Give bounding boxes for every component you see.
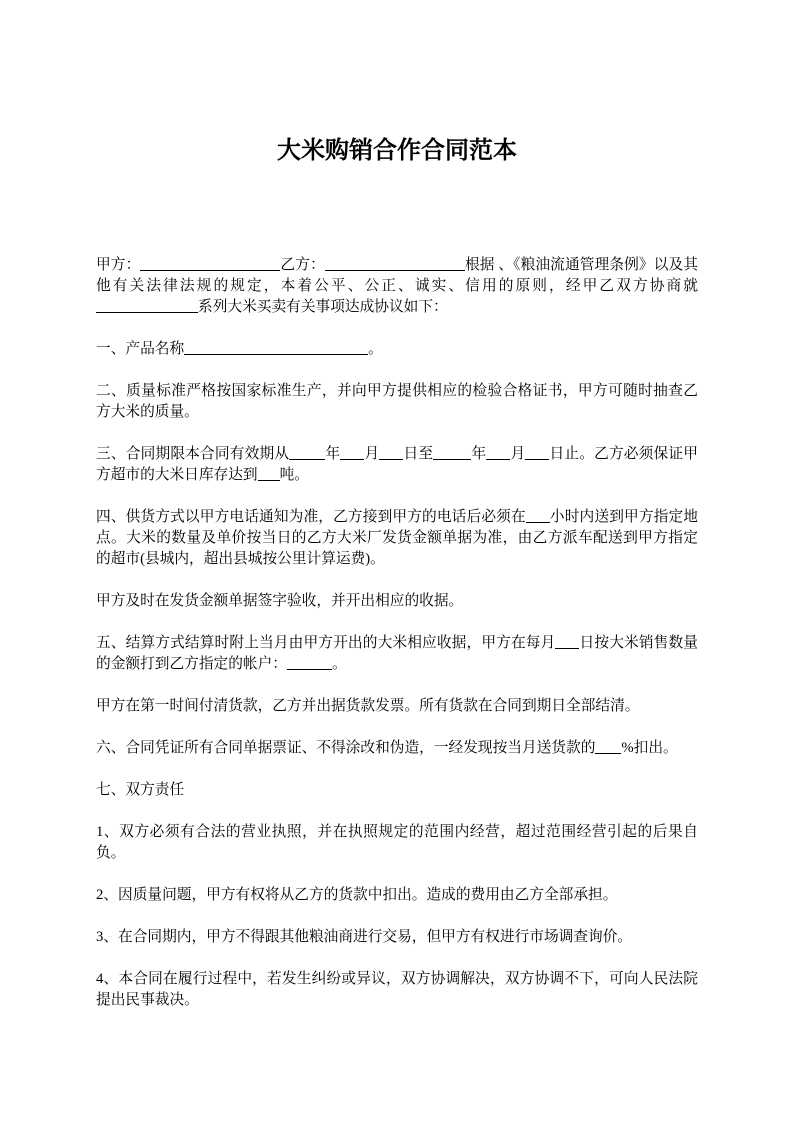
text-run: 系列大米买卖有关事项达成协议如下： (198, 299, 448, 315)
blank-underline (379, 446, 403, 460)
contract-page: 大米购销合作合同范本 甲方：乙方：根据 、《粮油流通管理条例》以及其他有关法律法… (0, 0, 793, 1122)
text-run: 甲方及时在发货金额单据签字验收，并开出相应的收据。 (96, 593, 463, 609)
blank-underline (486, 446, 510, 460)
paragraph: 四、供货方式以甲方电话通知为准，乙方接到甲方的电话后必须在小时内送到甲方指定地点… (96, 507, 698, 570)
text-run: 年 (325, 446, 340, 462)
paragraph: 2、因质量问题，甲方有权将从乙方的货款中扣出。造成的费用由乙方全部承担。 (96, 885, 698, 906)
blank-underline (340, 446, 364, 460)
text-run: 一、产品名称 (96, 341, 184, 357)
blank-underline (96, 299, 198, 313)
paragraph: 甲方在第一时间付清货款，乙方并出据货款发票。所有货款在合同到期日全部结清。 (96, 696, 698, 717)
text-run: %扣出。 (621, 740, 677, 756)
blank-underline (525, 446, 549, 460)
text-run: 月 (364, 446, 379, 462)
paragraph: 七、双方责任 (96, 780, 698, 801)
text-run: 乙方： (280, 257, 324, 273)
text-run: 年 (471, 446, 486, 462)
blank-underline (140, 257, 280, 271)
text-run: 。 (368, 341, 383, 357)
blank-underline (325, 257, 465, 271)
text-run: 甲方： (96, 257, 140, 273)
text-run: 七、双方责任 (96, 782, 184, 798)
paragraph: 3、在合同期内，甲方不得跟其他粮油商进行交易，但甲方有权进行市场调查询价。 (96, 927, 698, 948)
paragraph: 4、本合同在履行过程中，若发生纠纷或异议，双方协调解决，双方协调不下，可向人民法… (96, 969, 698, 1011)
blank-underline (433, 446, 471, 460)
paragraph: 1、双方必须有合法的营业执照，并在执照规定的范围内经营，超过范围经营引起的后果自… (96, 822, 698, 864)
blank-underline (526, 509, 550, 523)
paragraph: 五、结算方式结算时附上当月由甲方开出的大米相应收据，甲方在每月日按大米销售数量的… (96, 633, 698, 675)
paragraph: 六、合同凭证所有合同单据票证、不得涂改和伪造，一经发现按当月送货款的%扣出。 (96, 738, 698, 759)
paragraph: 三、合同期限本合同有效期从年月日至年月日止。乙方必须保证甲方超市的大米日库存达到… (96, 444, 698, 486)
text-run: 2、因质量问题，甲方有权将从乙方的货款中扣出。造成的费用由乙方全部承担。 (96, 887, 617, 903)
text-run: 3、在合同期内，甲方不得跟其他粮油商进行交易，但甲方有权进行市场调查询价。 (96, 929, 632, 945)
paragraph: 一、产品名称。 (96, 339, 698, 360)
blank-underline (555, 635, 579, 649)
text-run: 。 (332, 656, 347, 672)
blank-underline (258, 467, 280, 481)
paragraph: 甲方及时在发货金额单据签字验收，并开出相应的收据。 (96, 591, 698, 612)
text-run: 三、合同期限本合同有效期从 (96, 446, 289, 462)
text-run: 四、供货方式以甲方电话通知为准，乙方接到甲方的电话后必须在 (96, 509, 526, 525)
blank-underline (595, 740, 621, 754)
text-run: 吨。 (280, 467, 309, 483)
text-run: 日至 (403, 446, 433, 462)
text-run: 二、质量标准严格按国家标准生产，并向甲方提供相应的检验合格证书，甲方可随时抽查乙… (96, 383, 698, 420)
blank-underline (289, 446, 325, 460)
blank-underline (287, 656, 332, 670)
text-run: 甲方在第一时间付清货款，乙方并出据货款发票。所有货款在合同到期日全部结清。 (96, 698, 639, 714)
blank-underline (184, 341, 368, 355)
text-run: 月 (510, 446, 525, 462)
text-run: 1、双方必须有合法的营业执照，并在执照规定的范围内经营，超过范围经营引起的后果自… (96, 824, 698, 861)
paragraph: 甲方：乙方：根据 、《粮油流通管理条例》以及其他有关法律法规的规定，本着公平、公… (96, 255, 698, 318)
text-run: 六、合同凭证所有合同单据票证、不得涂改和伪造，一经发现按当月送货款的 (96, 740, 595, 756)
text-run: 五、结算方式结算时附上当月由甲方开出的大米相应收据，甲方在每月 (96, 635, 555, 651)
text-run: 4、本合同在履行过程中，若发生纠纷或异议，双方协调解决，双方协调不下，可向人民法… (96, 971, 698, 1008)
paragraph: 二、质量标准严格按国家标准生产，并向甲方提供相应的检验合格证书，甲方可随时抽查乙… (96, 381, 698, 423)
document-title: 大米购销合作合同范本 (96, 133, 698, 167)
contract-body: 甲方：乙方：根据 、《粮油流通管理条例》以及其他有关法律法规的规定，本着公平、公… (96, 255, 698, 1011)
